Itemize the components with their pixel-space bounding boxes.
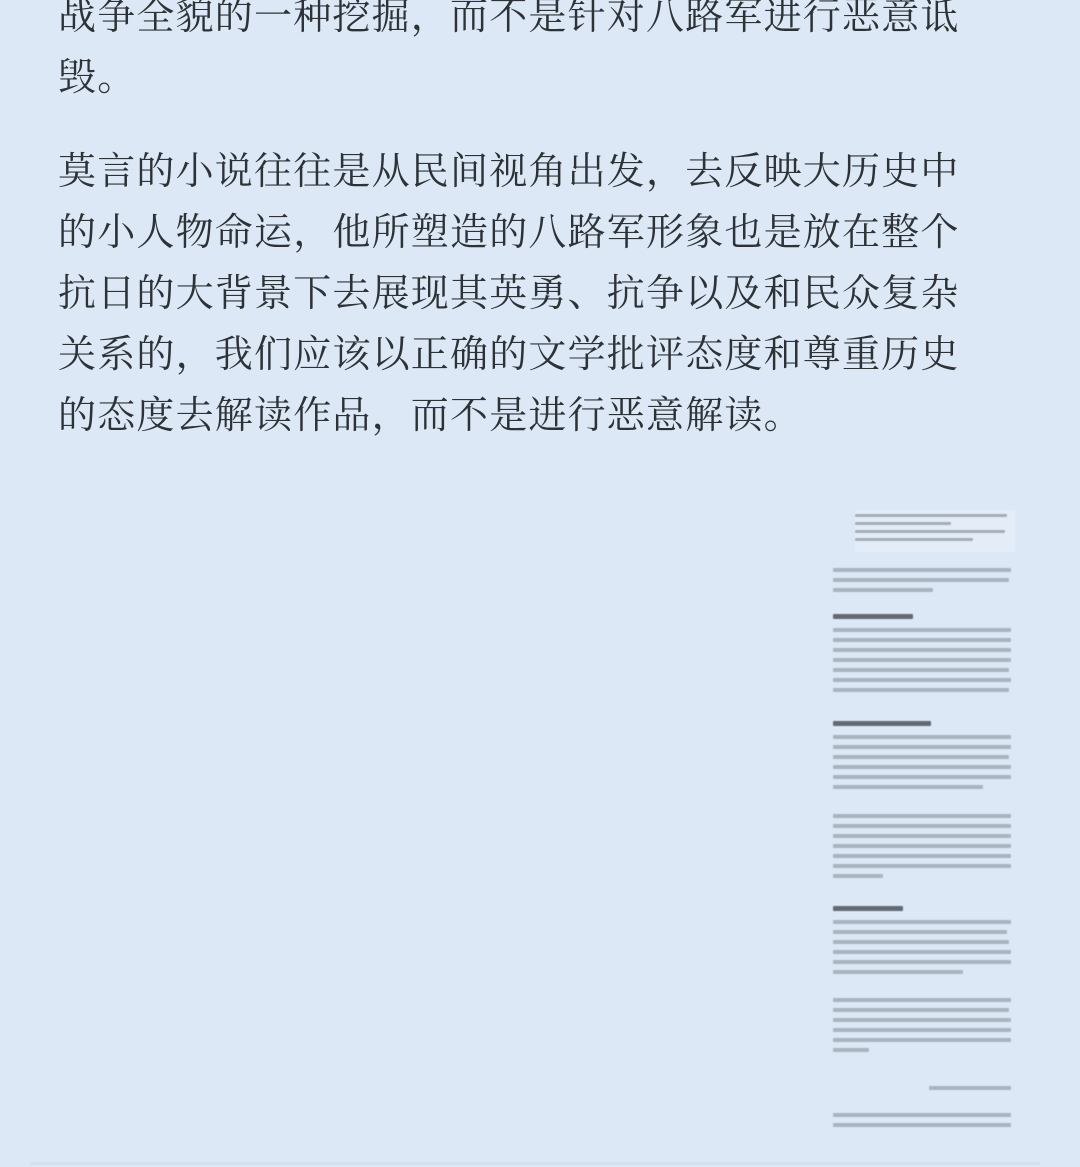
thumbnail-heading <box>833 906 1013 911</box>
document-page: 战争全貌的一种挖掘，而不是针对八路军进行恶意诋 毁。 莫言的小说往往是从民间视角… <box>0 0 1080 1167</box>
paragraph-line: 莫言的小说往往是从民间视角出发，去反映大历史中 <box>58 141 998 202</box>
thumbnail-paragraph <box>833 568 1013 598</box>
paragraph-line: 关系的，我们应该以正确的文学批评态度和尊重历史 <box>58 324 998 385</box>
paragraph-line: 的小人物命运，他所塑造的八路军形象也是放在整个 <box>58 202 998 263</box>
paragraph-line: 抗日的大背景下去展现其英勇、抗争以及和民众复杂 <box>58 263 998 324</box>
paragraph-2: 莫言的小说往往是从民间视角出发，去反映大历史中 的小人物命运，他所塑造的八路军形… <box>58 141 998 446</box>
thumbnail-paragraph <box>833 998 1013 1058</box>
article-body: 战争全貌的一种挖掘，而不是针对八路军进行恶意诋 毁。 莫言的小说往往是从民间视角… <box>58 0 998 479</box>
page-thumbnail <box>833 510 1013 1138</box>
thumbnail-heading <box>833 614 1013 619</box>
thumbnail-paragraph <box>833 735 1013 795</box>
thumbnail-footnote <box>833 1113 1013 1133</box>
thumbnail-heading <box>833 721 1013 726</box>
thumbnail-paragraph <box>833 628 1013 698</box>
thumbnail-paragraph <box>833 920 1013 980</box>
paragraph-line: 战争全貌的一种挖掘，而不是针对八路军进行恶意诋 <box>58 0 998 47</box>
thumbnail-signature <box>929 1086 1011 1096</box>
paragraph-line: 毁。 <box>58 47 998 108</box>
page-bottom-edge <box>30 1162 1040 1165</box>
thumbnail-paragraph <box>833 814 1013 884</box>
paragraph-line: 的态度去解读作品，而不是进行恶意解读。 <box>58 385 998 446</box>
thumbnail-quote-block <box>855 510 1015 552</box>
paragraph-1: 战争全貌的一种挖掘，而不是针对八路军进行恶意诋 毁。 <box>58 0 998 108</box>
